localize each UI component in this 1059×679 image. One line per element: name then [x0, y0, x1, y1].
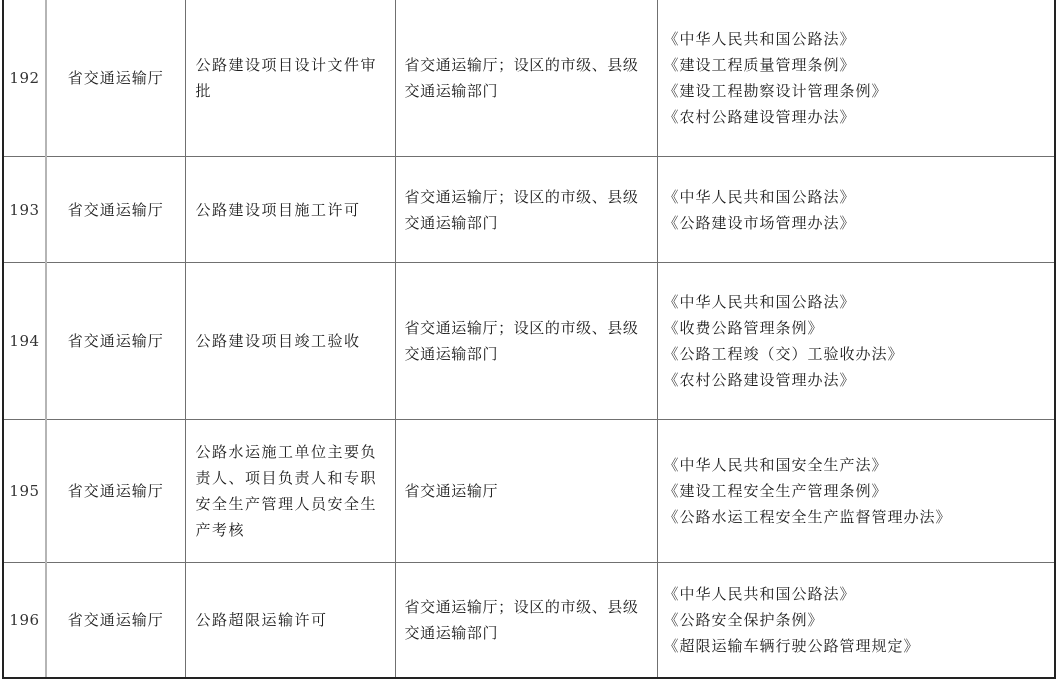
legal-basis: 《中华人民共和国安全生产法》 《建设工程安全生产管理条例》 《公路水运工程安全生… — [657, 420, 1055, 563]
department: 省交通运输厅 — [46, 420, 185, 563]
legal-basis: 《中华人民共和国公路法》 《建设工程质量管理条例》 《建设工程勘察设计管理条例》… — [657, 0, 1055, 157]
law-reference: 《建设工程质量管理条例》 — [664, 52, 1055, 78]
table-row: 192 省交通运输厅 公路建设项目设计文件审批 省交通运输厅；设区的市级、县级交… — [3, 0, 1055, 157]
permit-item: 公路建设项目设计文件审批 — [185, 0, 395, 157]
department: 省交通运输厅 — [46, 0, 185, 157]
item-number: 192 — [3, 0, 46, 157]
law-reference: 《中华人民共和国公路法》 — [664, 581, 1055, 607]
permit-item: 公路超限运输许可 — [185, 563, 395, 679]
law-reference: 《中华人民共和国安全生产法》 — [664, 452, 1055, 478]
implementing-authority: 省交通运输厅 — [395, 420, 657, 563]
implementing-authority: 省交通运输厅；设区的市级、县级交通运输部门 — [395, 263, 657, 420]
item-number: 195 — [3, 420, 46, 563]
law-reference: 《公路工程竣（交）工验收办法》 — [664, 341, 1055, 367]
law-reference: 《超限运输车辆行驶公路管理规定》 — [664, 633, 1055, 659]
law-reference: 《公路水运工程安全生产监督管理办法》 — [664, 504, 1055, 530]
item-number: 194 — [3, 263, 46, 420]
table-row: 195 省交通运输厅 公路水运施工单位主要负责人、项目负责人和专职安全生产管理人… — [3, 420, 1055, 563]
table-row: 196 省交通运输厅 公路超限运输许可 省交通运输厅；设区的市级、县级交通运输部… — [3, 563, 1055, 679]
permit-item: 公路建设项目施工许可 — [185, 157, 395, 263]
law-reference: 《公路建设市场管理办法》 — [664, 210, 1055, 236]
law-reference: 《公路安全保护条例》 — [664, 607, 1055, 633]
law-reference: 《农村公路建设管理办法》 — [664, 104, 1055, 130]
law-reference: 《农村公路建设管理办法》 — [664, 367, 1055, 393]
law-reference: 《中华人民共和国公路法》 — [664, 184, 1055, 210]
department: 省交通运输厅 — [46, 263, 185, 420]
implementing-authority: 省交通运输厅；设区的市级、县级交通运输部门 — [395, 563, 657, 679]
implementing-authority: 省交通运输厅；设区的市级、县级交通运输部门 — [395, 157, 657, 263]
legal-basis: 《中华人民共和国公路法》 《公路建设市场管理办法》 — [657, 157, 1055, 263]
law-reference: 《建设工程安全生产管理条例》 — [664, 478, 1055, 504]
permit-table: 192 省交通运输厅 公路建设项目设计文件审批 省交通运输厅；设区的市级、县级交… — [2, 0, 1056, 679]
law-reference: 《建设工程勘察设计管理条例》 — [664, 78, 1055, 104]
table-row: 193 省交通运输厅 公路建设项目施工许可 省交通运输厅；设区的市级、县级交通运… — [3, 157, 1055, 263]
department: 省交通运输厅 — [46, 157, 185, 263]
permit-item: 公路水运施工单位主要负责人、项目负责人和专职安全生产管理人员安全生产考核 — [185, 420, 395, 563]
legal-basis: 《中华人民共和国公路法》 《收费公路管理条例》 《公路工程竣（交）工验收办法》 … — [657, 263, 1055, 420]
law-reference: 《收费公路管理条例》 — [664, 315, 1055, 341]
legal-basis: 《中华人民共和国公路法》 《公路安全保护条例》 《超限运输车辆行驶公路管理规定》 — [657, 563, 1055, 679]
item-number: 196 — [3, 563, 46, 679]
item-number: 193 — [3, 157, 46, 263]
law-reference: 《中华人民共和国公路法》 — [664, 289, 1055, 315]
table-row: 194 省交通运输厅 公路建设项目竣工验收 省交通运输厅；设区的市级、县级交通运… — [3, 263, 1055, 420]
permit-item: 公路建设项目竣工验收 — [185, 263, 395, 420]
law-reference: 《中华人民共和国公路法》 — [664, 26, 1055, 52]
implementing-authority: 省交通运输厅；设区的市级、县级交通运输部门 — [395, 0, 657, 157]
department: 省交通运输厅 — [46, 563, 185, 679]
